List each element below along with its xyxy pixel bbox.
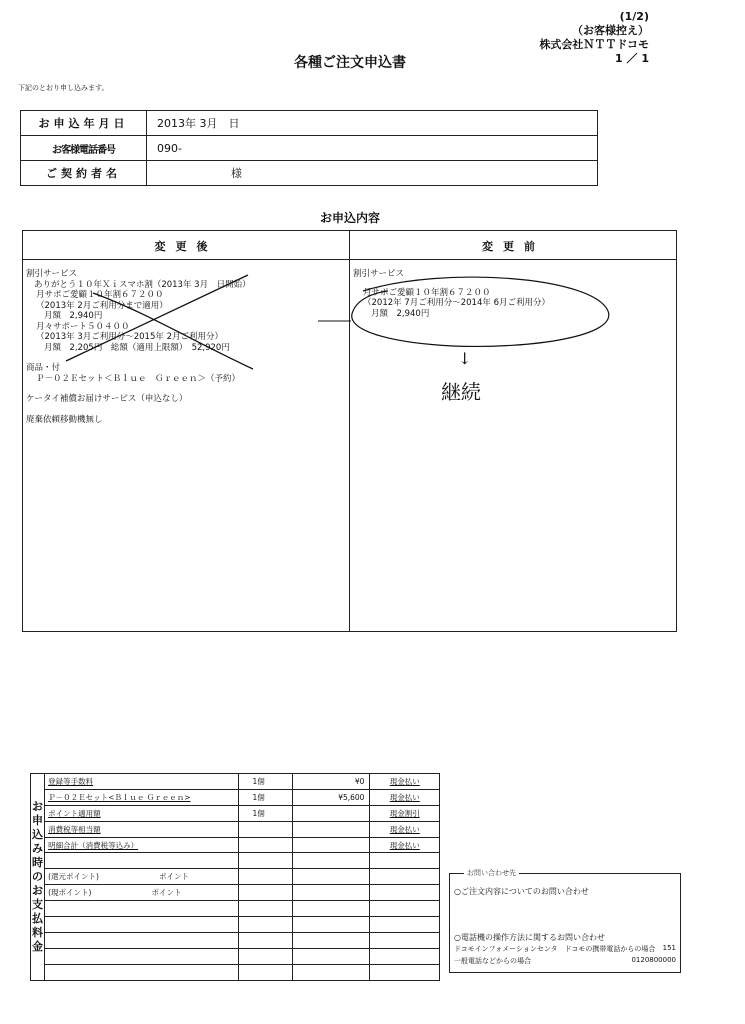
page-count: (1/2) <box>620 10 649 24</box>
after-product-line: Ｐ－０２Ｅセット＜Ｂｌｕｅ Ｇｒｅｅｎ＞（予約） <box>26 374 251 385</box>
payment-quantity <box>238 821 292 837</box>
payment-amount <box>292 885 370 901</box>
payment-item <box>45 901 238 917</box>
after-disposal: 廃棄依頼移動機無し <box>26 415 251 426</box>
name-label: ご契約者名 <box>21 161 147 186</box>
payment-method <box>370 869 440 885</box>
payment-quantity <box>238 869 292 885</box>
payment-amount <box>292 948 370 964</box>
payment-row: 明細合計（消費税等込み）現金払い <box>31 837 440 853</box>
payment-method: 現金払い <box>370 837 440 853</box>
payment-quantity <box>238 948 292 964</box>
payment-amount <box>292 853 370 869</box>
payment-amount: ¥5,600 <box>292 789 370 805</box>
payment-quantity <box>238 837 292 853</box>
phone-label: お客様電話番号 <box>21 136 147 161</box>
payment-amount <box>292 901 370 917</box>
payment-item <box>45 917 238 933</box>
payment-method: 現金払い <box>370 789 440 805</box>
payment-amount: ¥0 <box>292 774 370 790</box>
handwritten-arrow: ↓ <box>458 349 471 368</box>
payment-quantity <box>238 885 292 901</box>
payment-row: (還元ポイント)ポイント <box>31 869 440 885</box>
payment-item <box>45 964 238 980</box>
inquiry-legend: お問い合わせ先 <box>464 868 519 878</box>
company-name: 株式会社ＮＴＴドコモ <box>539 38 649 52</box>
date-label: お申込年月日 <box>21 111 147 136</box>
payment-row: (現ポイント)ポイント <box>31 885 440 901</box>
payment-row <box>31 917 440 933</box>
payment-quantity <box>238 901 292 917</box>
before-change-header: 変更前 <box>349 238 678 254</box>
section-title: お申込内容 <box>0 209 700 226</box>
payment-quantity <box>238 917 292 933</box>
payment-table: お申込み時のお支払料金登録等手数料1個¥0現金払いＰ－０２Ｅセット<Ｂｌｕｅ Ｇ… <box>30 773 440 981</box>
date-row: お申込年月日 2013年 3月 日 <box>21 111 598 136</box>
payment-vertical-label: お申込み時のお支払料金 <box>31 774 45 981</box>
handwritten-continue-note: 継続 <box>441 376 481 405</box>
payment-method <box>370 901 440 917</box>
payment-amount <box>292 805 370 821</box>
after-insurance: ケータイ補償お届けサービス（申込なし） <box>26 394 251 405</box>
payment-method <box>370 853 440 869</box>
payment-quantity: 1個 <box>238 789 292 805</box>
general-contact-line: 一般電話などからの場合 0120800000 <box>454 956 676 966</box>
payment-item <box>45 932 238 948</box>
payment-quantity <box>238 964 292 980</box>
payment-item: ポイント適用額 <box>45 805 238 821</box>
payment-method <box>370 948 440 964</box>
payment-row <box>31 948 440 964</box>
copy-label: （お客様控え） <box>572 24 649 38</box>
payment-row <box>31 853 440 869</box>
payment-item: (現ポイント)ポイント <box>45 885 238 901</box>
payment-amount <box>292 917 370 933</box>
payment-method: 現金払い <box>370 821 440 837</box>
name-value: 様 <box>147 161 598 186</box>
payment-amount <box>292 821 370 837</box>
payment-method <box>370 964 440 980</box>
payment-quantity <box>238 853 292 869</box>
payment-amount <box>292 869 370 885</box>
payment-method: 現金割引 <box>370 805 440 821</box>
payment-row: お申込み時のお支払料金登録等手数料1個¥0現金払い <box>31 774 440 790</box>
inquiry-box: お問い合わせ先 ○ご注文内容についてのお問い合わせ ○電話機の操作方法に関するお… <box>449 873 681 973</box>
payment-row <box>31 901 440 917</box>
payment-row <box>31 964 440 980</box>
payment-quantity: 1個 <box>238 805 292 821</box>
date-value: 2013年 3月 日 <box>147 111 598 136</box>
payment-row: 消費税等相当額現金払い <box>31 821 440 837</box>
center-label: ドコモインフォメーションセンタ ドコモの携帯電話からの場合 <box>454 945 655 953</box>
general-label: 一般電話などからの場合 <box>454 957 531 965</box>
payment-item: Ｐ－０２Ｅセット<Ｂｌｕｅ Ｇｒｅｅｎ> <box>45 789 238 805</box>
payment-row: Ｐ－０２Ｅセット<Ｂｌｕｅ Ｇｒｅｅｎ>1個¥5,600現金払い <box>31 789 440 805</box>
payment-method <box>370 885 440 901</box>
payment-quantity: 1個 <box>238 774 292 790</box>
points-unit: ポイント <box>151 888 181 897</box>
cross-out-mark <box>23 231 353 371</box>
order-content-box: 変更後 変更前 割引サービス ありがとう１０年Ｘｉスマホ割（2013年 3月 日… <box>22 230 677 632</box>
payment-item: 登録等手数料 <box>45 774 238 790</box>
payment-amount <box>292 964 370 980</box>
payment-method: 現金払い <box>370 774 440 790</box>
intro-text: 下記のとおり申し込みます。 <box>18 83 108 93</box>
payment-row <box>31 932 440 948</box>
payment-row: ポイント適用額1個現金割引 <box>31 805 440 821</box>
payment-method <box>370 932 440 948</box>
applicant-info-table: お申込年月日 2013年 3月 日 お客様電話番号 090- ご契約者名 様 <box>20 110 598 186</box>
payment-method <box>370 917 440 933</box>
operation-inquiry-text: ○電話機の操作方法に関するお問い合わせ <box>454 932 676 943</box>
center-number: 151 <box>663 944 676 952</box>
payment-item: 消費税等相当額 <box>45 821 238 837</box>
center-contact-line: ドコモインフォメーションセンタ ドコモの携帯電話からの場合 151 <box>454 944 676 954</box>
order-inquiry-text: ○ご注文内容についてのお問い合わせ <box>454 886 676 897</box>
payment-item <box>45 853 238 869</box>
payment-item: (還元ポイント)ポイント <box>45 869 238 885</box>
general-number: 0120800000 <box>631 956 676 964</box>
payment-quantity <box>238 932 292 948</box>
document-title: 各種ご注文申込書 <box>0 52 700 72</box>
name-row: ご契約者名 様 <box>21 161 598 186</box>
phone-value: 090- <box>147 136 598 161</box>
handwritten-circle-mark <box>313 271 643 361</box>
payment-amount <box>292 837 370 853</box>
points-unit: ポイント <box>159 872 189 881</box>
payment-item <box>45 948 238 964</box>
phone-row: お客様電話番号 090- <box>21 136 598 161</box>
payment-amount <box>292 932 370 948</box>
payment-item: 明細合計（消費税等込み） <box>45 837 238 853</box>
